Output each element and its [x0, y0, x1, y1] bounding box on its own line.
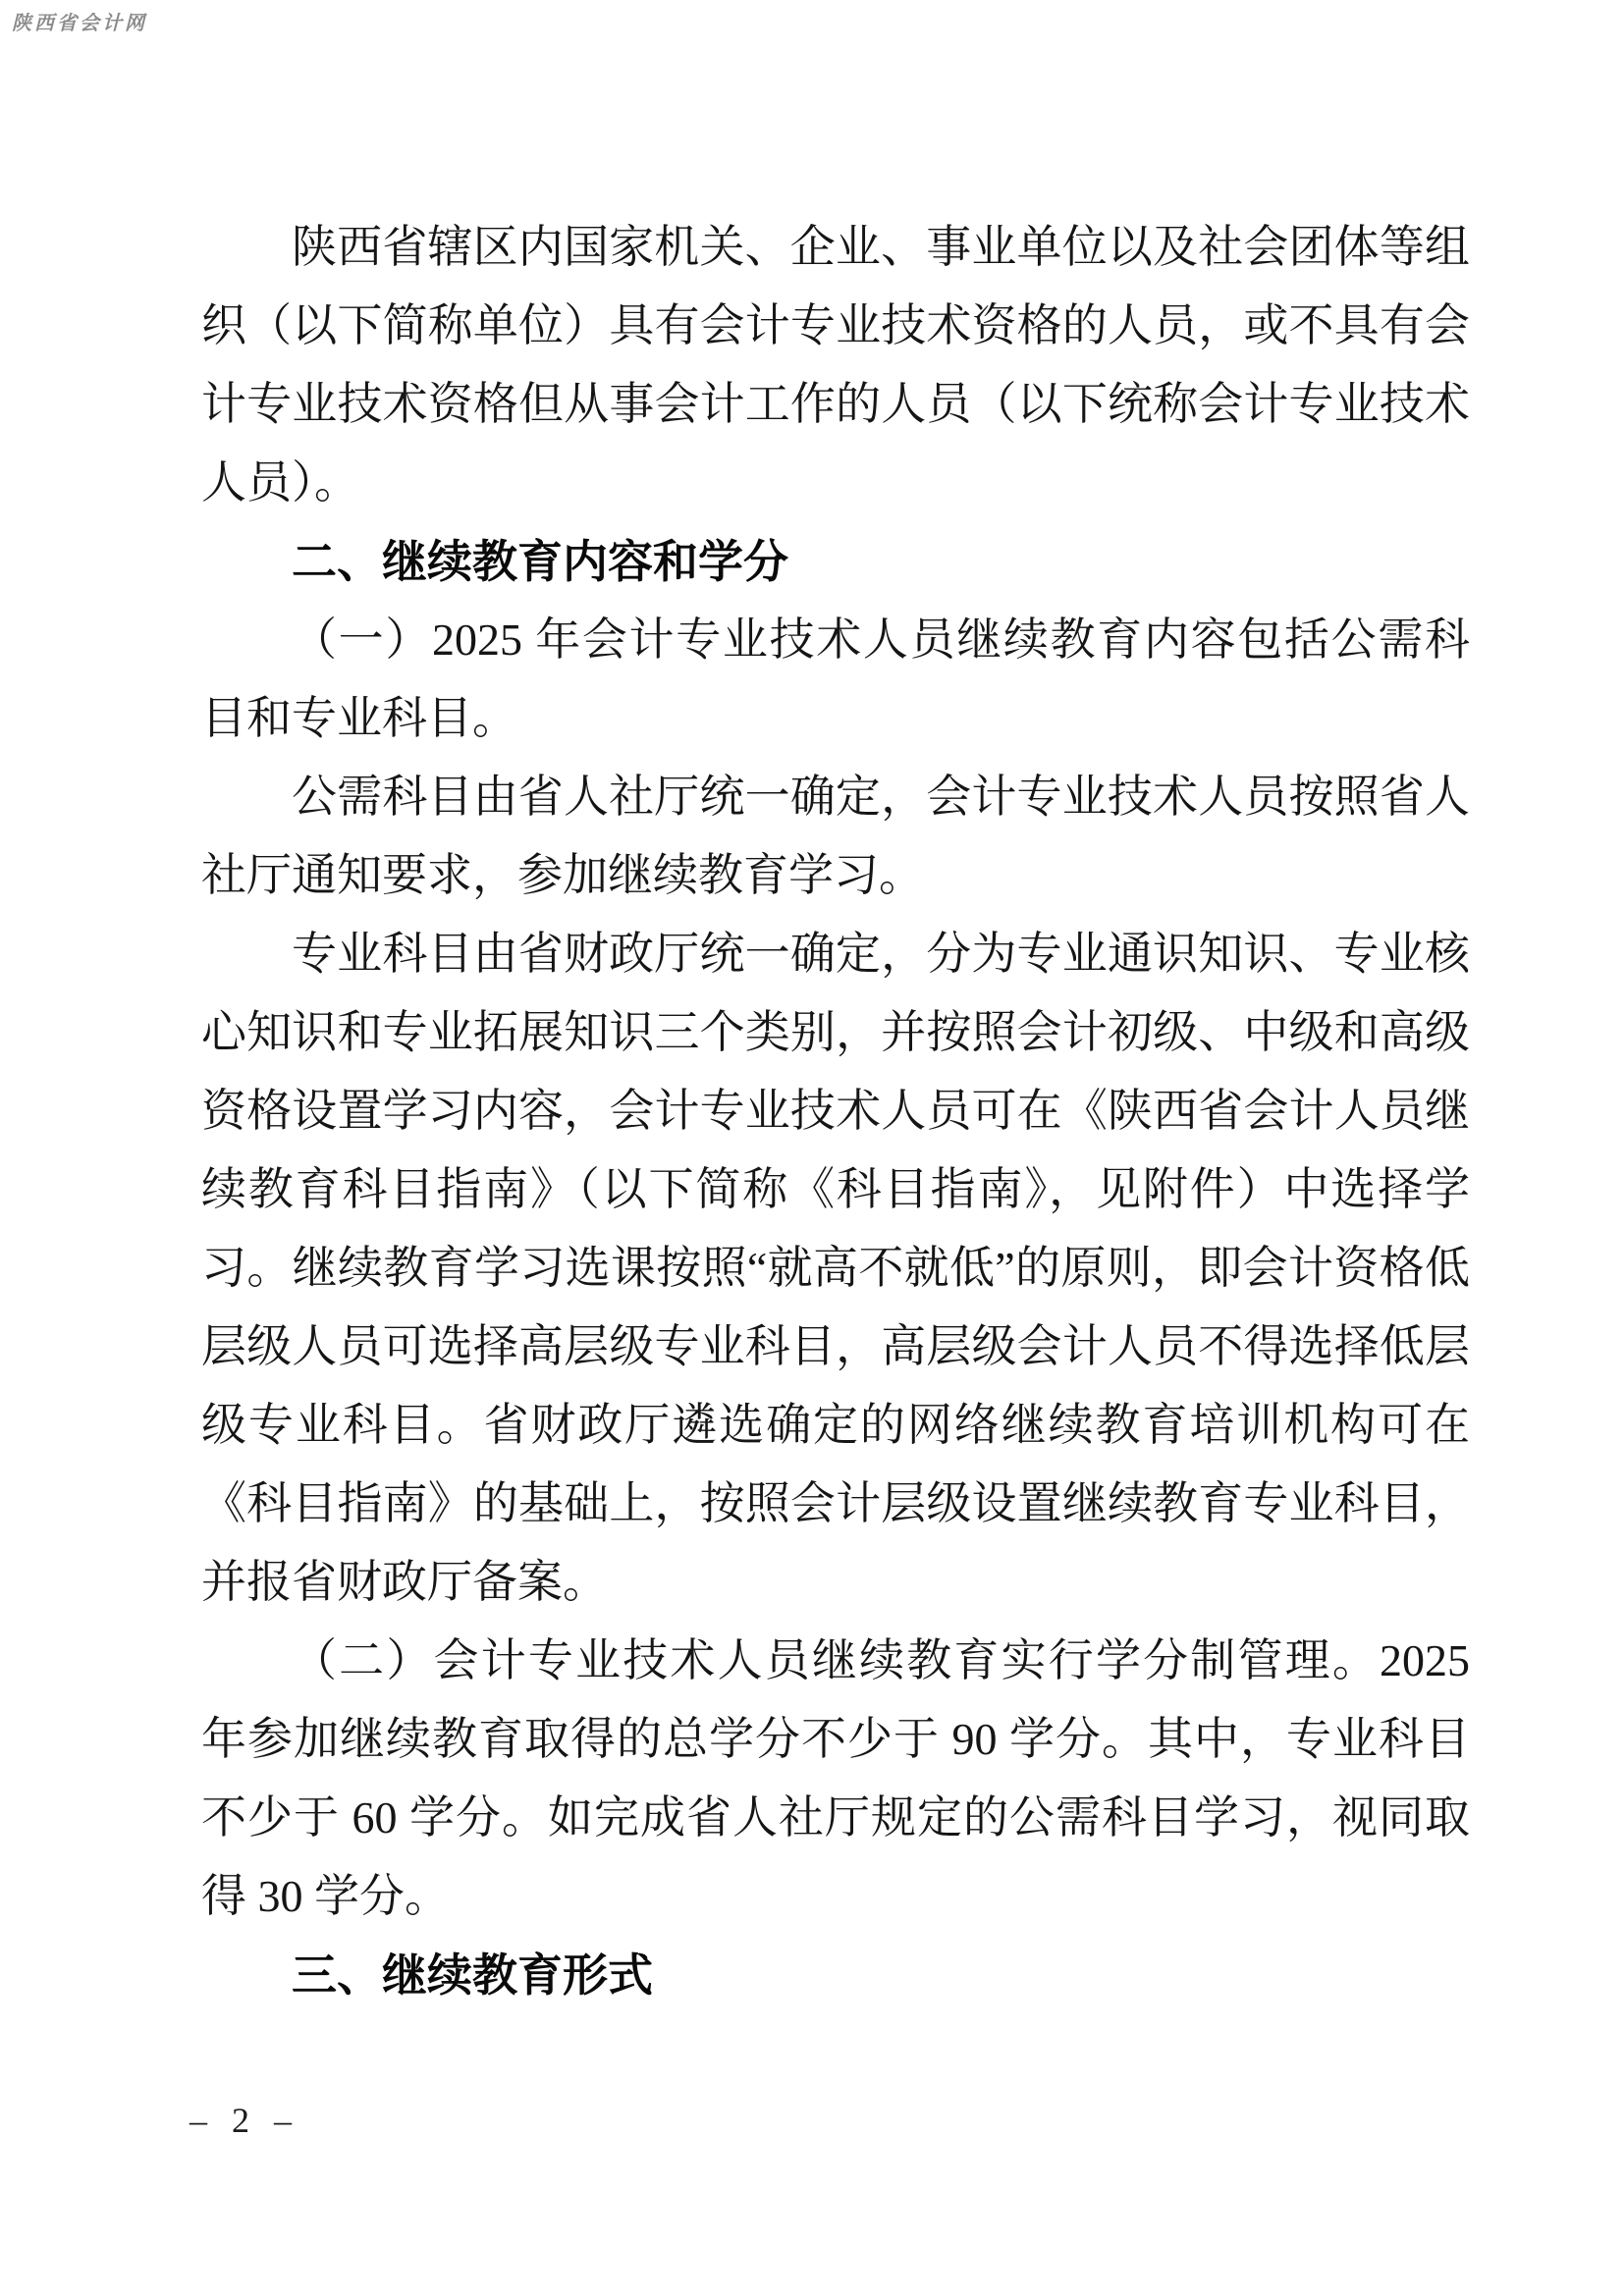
heading-section-3-education-forms: 三、继续教育形式	[201, 1936, 1470, 2014]
paragraph-professional-subjects: 专业科目由省财政厅统一确定，分为专业通识知识、专业核心知识和专业拓展知识三个类别…	[201, 915, 1470, 1622]
site-watermark: 陕西省会计网	[12, 7, 147, 35]
document-body: 陕西省辖区内国家机关、企业、事业单位以及社会团体等组织（以下简称单位）具有会计专…	[201, 208, 1470, 2014]
paragraph-item-1-subjects: （一）2025 年会计专业技术人员继续教育内容包括公需科目和专业科目。	[201, 601, 1470, 758]
paragraph-item-2-credit-system: （二）会计专业技术人员继续教育实行学分制管理。2025 年参加继续教育取得的总学…	[201, 1622, 1470, 1936]
paragraph-scope-of-personnel: 陕西省辖区内国家机关、企业、事业单位以及社会团体等组织（以下简称单位）具有会计专…	[201, 208, 1470, 522]
paragraph-public-subjects: 公需科目由省人社厅统一确定，会计专业技术人员按照省人社厅通知要求，参加继续教育学…	[201, 758, 1470, 915]
document-page: 陕西省会计网 陕西省辖区内国家机关、企业、事业单位以及社会团体等组织（以下简称单…	[0, 0, 1624, 2296]
page-number: – 2 –	[189, 2100, 299, 2141]
heading-section-2-content-and-credits: 二、继续教育内容和学分	[201, 522, 1470, 601]
